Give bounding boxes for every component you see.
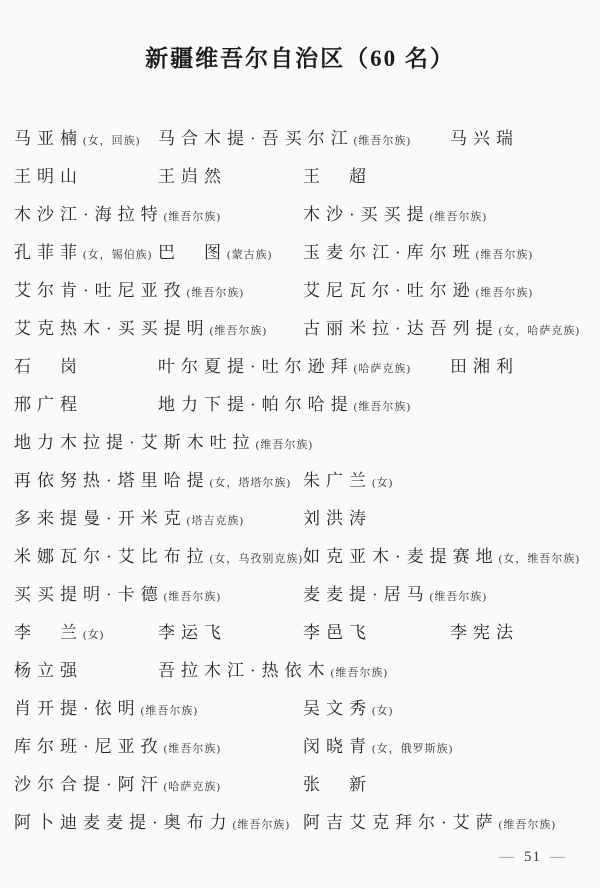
delegate-entry: 多来提曼·开米克(塔吉克族) bbox=[14, 500, 244, 540]
delegate-name: 张 新 bbox=[303, 775, 372, 794]
ethnic-note: (维吾尔族) bbox=[476, 249, 533, 261]
delegate-name: 玉麦尔江·库尔班 bbox=[303, 243, 476, 262]
delegate-entry: 艾尼瓦尔·吐尔逊(维吾尔族) bbox=[303, 272, 533, 312]
delegate-row: 多来提曼·开米克(塔吉克族)刘洪涛 bbox=[0, 500, 600, 538]
delegate-name: 刘洪涛 bbox=[303, 509, 372, 528]
delegate-entry: 地力木拉提·艾斯木吐拉(维吾尔族) bbox=[14, 424, 313, 464]
delegate-entry: 李 兰(女) bbox=[14, 614, 104, 654]
delegate-name: 李邑飞 bbox=[303, 623, 372, 642]
ethnic-note: (哈萨克族) bbox=[354, 363, 411, 375]
delegate-name: 闵晓青 bbox=[303, 737, 372, 756]
delegate-row: 王明山王岿然王 超 bbox=[0, 158, 600, 196]
delegate-row: 杨立强吾拉木江·热依木(维吾尔族) bbox=[0, 652, 600, 690]
delegate-entry: 马兴瑞 bbox=[450, 120, 519, 159]
delegate-entry: 麦麦提·居马(维吾尔族) bbox=[303, 576, 487, 616]
delegate-row: 李 兰(女)李运飞李邑飞李宪法 bbox=[0, 614, 600, 652]
delegate-name: 朱广兰 bbox=[303, 471, 372, 490]
delegate-name: 马兴瑞 bbox=[450, 129, 519, 148]
delegate-name: 艾克热木·买买提明 bbox=[14, 319, 210, 338]
ethnic-note: (女) bbox=[372, 477, 393, 489]
delegate-row: 再依努热·塔里哈提(女，塔塔尔族)朱广兰(女) bbox=[0, 462, 600, 500]
ethnic-note: (维吾尔族) bbox=[164, 743, 221, 755]
delegate-row: 马亚楠(女，回族)马合木提·吾买尔江(维吾尔族)马兴瑞 bbox=[0, 120, 600, 158]
delegate-list: 马亚楠(女，回族)马合木提·吾买尔江(维吾尔族)马兴瑞王明山王岿然王 超木沙江·… bbox=[0, 120, 600, 842]
delegate-entry: 古丽米拉·达吾列提(女，哈萨克族) bbox=[303, 310, 580, 350]
delegate-name: 阿卜迪麦麦提·奥布力 bbox=[14, 813, 233, 832]
delegate-name: 地力下提·帕尔哈提 bbox=[158, 395, 354, 414]
ethnic-note: (维吾尔族) bbox=[164, 211, 221, 223]
footer-dash-left: — bbox=[499, 849, 515, 865]
delegate-name: 孔菲菲 bbox=[14, 243, 83, 262]
delegate-entry: 艾尔肯·吐尼亚孜(维吾尔族) bbox=[14, 272, 244, 312]
ethnic-note: (维吾尔族) bbox=[476, 287, 533, 299]
delegate-name: 艾尔肯·吐尼亚孜 bbox=[14, 281, 187, 300]
delegate-entry: 李邑飞 bbox=[303, 614, 372, 653]
delegate-row: 孔菲菲(女，锡伯族)巴 图(蒙古族)玉麦尔江·库尔班(维吾尔族) bbox=[0, 234, 600, 272]
delegate-name: 木沙江·海拉特 bbox=[14, 205, 164, 224]
delegate-entry: 肖开提·依明(维吾尔族) bbox=[14, 690, 198, 730]
ethnic-note: (女) bbox=[83, 629, 104, 641]
delegate-entry: 李宪法 bbox=[450, 614, 519, 653]
ethnic-note: (维吾尔族) bbox=[233, 819, 290, 831]
ethnic-note: (维吾尔族) bbox=[141, 705, 198, 717]
delegate-entry: 李运飞 bbox=[158, 614, 227, 653]
ethnic-note: (维吾尔族) bbox=[210, 325, 267, 337]
delegate-entry: 如克亚木·麦提赛地(女，维吾尔族) bbox=[303, 538, 580, 578]
delegate-entry: 玉麦尔江·库尔班(维吾尔族) bbox=[303, 234, 533, 274]
delegate-name: 地力木拉提·艾斯木吐拉 bbox=[14, 433, 256, 452]
ethnic-note: (维吾尔族) bbox=[430, 591, 487, 603]
delegate-name: 王 超 bbox=[303, 167, 372, 186]
delegate-entry: 田湘利 bbox=[450, 348, 519, 387]
delegate-row: 石 岗叶尔夏提·吐尔逊拜(哈萨克族)田湘利 bbox=[0, 348, 600, 386]
page-footer: —51— bbox=[499, 849, 566, 866]
delegate-name: 田湘利 bbox=[450, 357, 519, 376]
ethnic-note: (女，维吾尔族) bbox=[499, 553, 580, 565]
delegate-entry: 吴文秀(女) bbox=[303, 690, 393, 730]
delegate-entry: 吾拉木江·热依木(维吾尔族) bbox=[158, 652, 388, 692]
delegate-name: 麦麦提·居马 bbox=[303, 585, 430, 604]
delegate-entry: 买买提明·卡德(维吾尔族) bbox=[14, 576, 221, 616]
delegate-entry: 杨立强 bbox=[14, 652, 83, 691]
footer-dash-right: — bbox=[550, 849, 566, 865]
ethnic-note: (蒙古族) bbox=[227, 249, 272, 261]
delegate-name: 肖开提·依明 bbox=[14, 699, 141, 718]
delegate-name: 王岿然 bbox=[158, 167, 227, 186]
delegate-entry: 阿卜迪麦麦提·奥布力(维吾尔族) bbox=[14, 804, 290, 844]
delegate-row: 艾尔肯·吐尼亚孜(维吾尔族)艾尼瓦尔·吐尔逊(维吾尔族) bbox=[0, 272, 600, 310]
delegate-row: 地力木拉提·艾斯木吐拉(维吾尔族) bbox=[0, 424, 600, 462]
delegate-row: 沙尔合提·阿汗(哈萨克族)张 新 bbox=[0, 766, 600, 804]
delegate-entry: 米娜瓦尔·艾比布拉(女，乌孜别克族) bbox=[14, 538, 303, 578]
delegate-entry: 叶尔夏提·吐尔逊拜(哈萨克族) bbox=[158, 348, 411, 388]
ethnic-note: (塔吉克族) bbox=[187, 515, 244, 527]
delegate-entry: 木沙江·海拉特(维吾尔族) bbox=[14, 196, 221, 236]
delegate-entry: 王岿然 bbox=[158, 158, 227, 197]
page-number: 51 bbox=[524, 849, 541, 865]
delegate-row: 阿卜迪麦麦提·奥布力(维吾尔族)阿吉艾克拜尔·艾萨(维吾尔族) bbox=[0, 804, 600, 842]
ethnic-note: (女，哈萨克族) bbox=[499, 325, 580, 337]
delegate-name: 古丽米拉·达吾列提 bbox=[303, 319, 499, 338]
page-title: 新疆维吾尔自治区（60 名） bbox=[0, 40, 600, 73]
ethnic-note: (女) bbox=[372, 705, 393, 717]
ethnic-note: (女，塔塔尔族) bbox=[210, 477, 291, 489]
ethnic-note: (哈萨克族) bbox=[164, 781, 221, 793]
delegate-entry: 张 新 bbox=[303, 766, 372, 805]
ethnic-note: (维吾尔族) bbox=[430, 211, 487, 223]
ethnic-note: (女，乌孜别克族) bbox=[210, 553, 303, 565]
delegate-name: 杨立强 bbox=[14, 661, 83, 680]
delegate-entry: 闵晓青(女，俄罗斯族) bbox=[303, 728, 453, 768]
delegate-name: 米娜瓦尔·艾比布拉 bbox=[14, 547, 210, 566]
delegate-name: 李 兰 bbox=[14, 623, 83, 642]
delegate-name: 邢广程 bbox=[14, 395, 83, 414]
delegate-entry: 沙尔合提·阿汗(哈萨克族) bbox=[14, 766, 221, 806]
delegate-entry: 孔菲菲(女，锡伯族) bbox=[14, 234, 152, 274]
delegate-entry: 木沙·买买提(维吾尔族) bbox=[303, 196, 487, 236]
ethnic-note: (维吾尔族) bbox=[354, 401, 411, 413]
delegate-entry: 巴 图(蒙古族) bbox=[158, 234, 272, 274]
delegate-name: 阿吉艾克拜尔·艾萨 bbox=[303, 813, 499, 832]
delegate-entry: 马合木提·吾买尔江(维吾尔族) bbox=[158, 120, 411, 160]
document-page: 新疆维吾尔自治区（60 名） 马亚楠(女，回族)马合木提·吾买尔江(维吾尔族)马… bbox=[0, 0, 600, 888]
ethnic-note: (维吾尔族) bbox=[164, 591, 221, 603]
delegate-name: 王明山 bbox=[14, 167, 83, 186]
delegate-name: 沙尔合提·阿汗 bbox=[14, 775, 164, 794]
ethnic-note: (维吾尔族) bbox=[499, 819, 556, 831]
delegate-entry: 王明山 bbox=[14, 158, 83, 197]
delegate-entry: 马亚楠(女，回族) bbox=[14, 120, 140, 160]
delegate-entry: 朱广兰(女) bbox=[303, 462, 393, 502]
delegate-entry: 库尔班·尼亚孜(维吾尔族) bbox=[14, 728, 221, 768]
delegate-entry: 王 超 bbox=[303, 158, 372, 197]
delegate-row: 邢广程地力下提·帕尔哈提(维吾尔族) bbox=[0, 386, 600, 424]
delegate-row: 木沙江·海拉特(维吾尔族)木沙·买买提(维吾尔族) bbox=[0, 196, 600, 234]
delegate-row: 库尔班·尼亚孜(维吾尔族)闵晓青(女，俄罗斯族) bbox=[0, 728, 600, 766]
delegate-entry: 邢广程 bbox=[14, 386, 83, 425]
delegate-entry: 艾克热木·买买提明(维吾尔族) bbox=[14, 310, 267, 350]
delegate-name: 再依努热·塔里哈提 bbox=[14, 471, 210, 490]
delegate-name: 马合木提·吾买尔江 bbox=[158, 129, 354, 148]
delegate-entry: 再依努热·塔里哈提(女，塔塔尔族) bbox=[14, 462, 291, 502]
delegate-name: 多来提曼·开米克 bbox=[14, 509, 187, 528]
delegate-name: 李运飞 bbox=[158, 623, 227, 642]
delegate-name: 如克亚木·麦提赛地 bbox=[303, 547, 499, 566]
ethnic-note: (女，俄罗斯族) bbox=[372, 743, 453, 755]
delegate-name: 库尔班·尼亚孜 bbox=[14, 737, 164, 756]
delegate-name: 吾拉木江·热依木 bbox=[158, 661, 331, 680]
delegate-name: 买买提明·卡德 bbox=[14, 585, 164, 604]
delegate-row: 肖开提·依明(维吾尔族)吴文秀(女) bbox=[0, 690, 600, 728]
ethnic-note: (维吾尔族) bbox=[354, 135, 411, 147]
delegate-name: 木沙·买买提 bbox=[303, 205, 430, 224]
delegate-entry: 地力下提·帕尔哈提(维吾尔族) bbox=[158, 386, 411, 426]
delegate-entry: 石 岗 bbox=[14, 348, 83, 387]
delegate-row: 艾克热木·买买提明(维吾尔族)古丽米拉·达吾列提(女，哈萨克族) bbox=[0, 310, 600, 348]
ethnic-note: (维吾尔族) bbox=[256, 439, 313, 451]
delegate-entry: 刘洪涛 bbox=[303, 500, 372, 539]
delegate-name: 李宪法 bbox=[450, 623, 519, 642]
delegate-row: 米娜瓦尔·艾比布拉(女，乌孜别克族)如克亚木·麦提赛地(女，维吾尔族) bbox=[0, 538, 600, 576]
ethnic-note: (维吾尔族) bbox=[331, 667, 388, 679]
delegate-name: 叶尔夏提·吐尔逊拜 bbox=[158, 357, 354, 376]
delegate-row: 买买提明·卡德(维吾尔族)麦麦提·居马(维吾尔族) bbox=[0, 576, 600, 614]
ethnic-note: (女，锡伯族) bbox=[83, 249, 152, 261]
ethnic-note: (维吾尔族) bbox=[187, 287, 244, 299]
delegate-name: 巴 图 bbox=[158, 243, 227, 262]
delegate-name: 艾尼瓦尔·吐尔逊 bbox=[303, 281, 476, 300]
ethnic-note: (女，回族) bbox=[83, 135, 140, 147]
delegate-name: 吴文秀 bbox=[303, 699, 372, 718]
delegate-name: 马亚楠 bbox=[14, 129, 83, 148]
delegate-entry: 阿吉艾克拜尔·艾萨(维吾尔族) bbox=[303, 804, 556, 844]
delegate-name: 石 岗 bbox=[14, 357, 83, 376]
